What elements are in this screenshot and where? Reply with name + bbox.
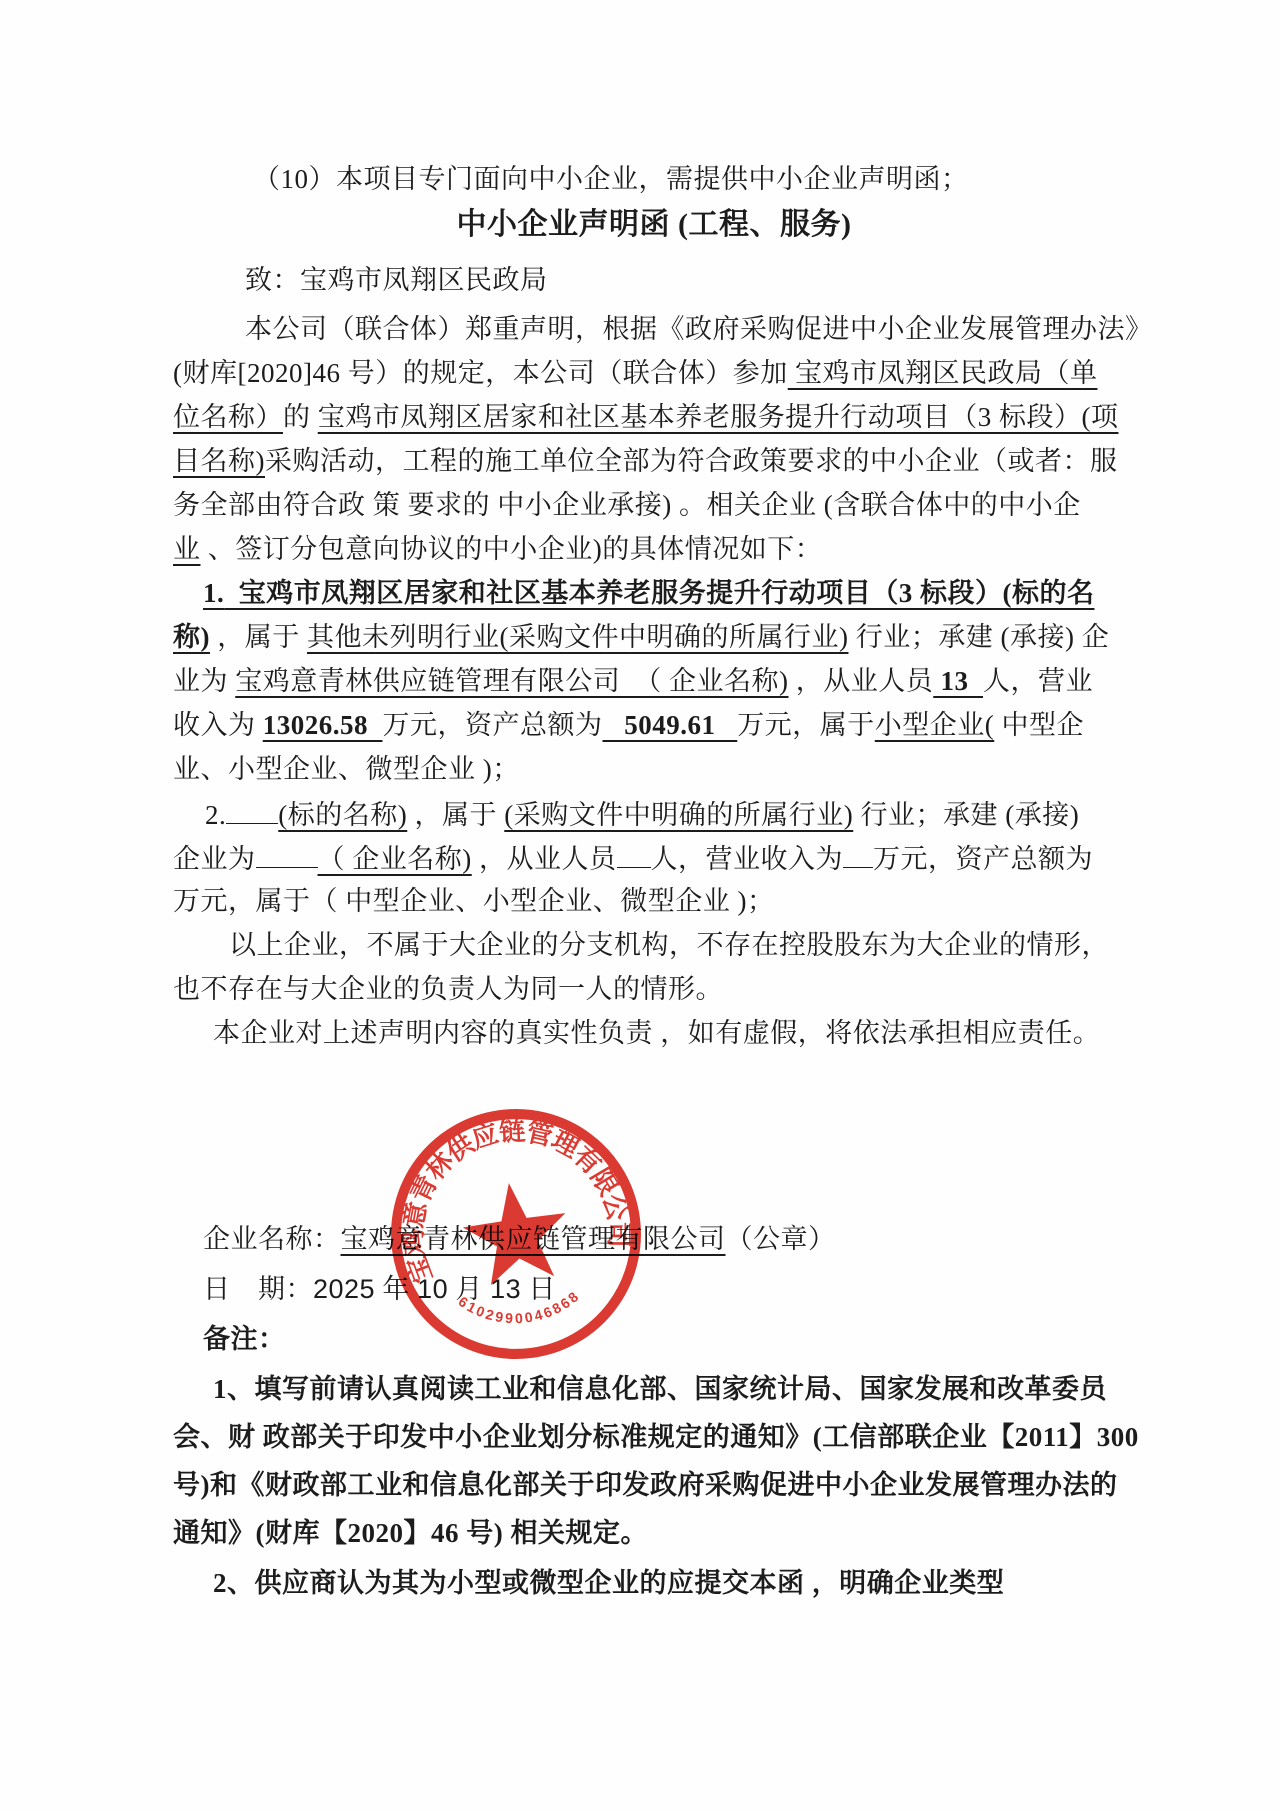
text-segment: ，属于 (407, 800, 504, 830)
text-segment: 的 (283, 402, 318, 432)
text-segment: 日 期： (203, 1274, 313, 1304)
text-segment: 其他未列明行业(采购文件中明确的所属行业) (307, 622, 848, 652)
text-segment: 位名称） (173, 402, 283, 432)
text-segment: 人，营业收入为 (651, 844, 844, 874)
blank-fill-field (226, 796, 278, 824)
text-segment: 行业；承建 (承接) 企 (848, 622, 1109, 652)
text-segment: 业、小型企业、微型企业 )； (173, 754, 520, 784)
text-segment: 2025 (313, 1274, 375, 1304)
doc-line-10: 1. 宝鸡市凤翔区居家和社区基本养老服务提升行动项目（3 标段）(标的名 (173, 576, 1165, 610)
seal-code-text: 6102990046868 (454, 1277, 586, 1335)
doc-line-3: 致：宝鸡市凤翔区民政局 (173, 263, 1207, 297)
text-segment: 人，营业 (983, 666, 1093, 696)
text-segment: 号)和《财政部工业和信息化部关于印发政府采购促进中小企业发展管理办法的 (173, 1470, 1118, 1500)
blank-fill-field (843, 840, 873, 868)
text-segment: 万元，资产总额为 (873, 844, 1093, 874)
star-icon (458, 1176, 574, 1288)
doc-line-4: 本公司（联合体）郑重声明，根据《政府采购促进中小企业发展管理办法》 (173, 312, 1207, 346)
doc-line-13: 收入为 13026.58 万元，资产总额为 5049.61 万元，属于小型企业(… (173, 708, 1135, 742)
text-segment: 会、财 政部关于印发中小企业划分标准规定的通知》(工信部联企业【2011】300 (173, 1422, 1139, 1452)
doc-line-26: 号)和《财政部工业和信息化部关于印发政府采购促进中小企业发展管理办法的 (173, 1468, 1135, 1502)
text-segment: 行业；承建 (承接) (853, 800, 1079, 830)
text-segment: 宝鸡市凤翔区居家和社区基本养老服务提升行动项目（3 标段）(项 (318, 402, 1119, 432)
text-segment: (标的名称) (278, 800, 407, 830)
text-segment: 1、填写前请认真阅读工业和信息化部、国家统计局、国家发展和改革委员 (213, 1374, 1107, 1404)
text-segment: 2. (205, 800, 226, 830)
text-segment: (采购文件中明确的所属行业) (504, 800, 853, 830)
text-segment: ，从业人员 (789, 666, 934, 696)
text-segment: 收入为 (173, 710, 263, 740)
doc-line-9: 业 、签订分包意向协议的中小企业)的具体情况如下： (173, 532, 1135, 566)
text-segment: 也不存在与大企业的负责人为同一人的情形。 (173, 974, 723, 1004)
text-segment: 万元，资产总额为 (383, 710, 603, 740)
doc-line-27: 通知》(财库【2020】46 号) 相关规定。 (173, 1516, 1135, 1550)
text-segment: 万元，属于（ 中型企业、小型企业、微型企业 )； (173, 886, 775, 916)
text-segment: 本公司（联合体）郑重声明，根据《政府采购促进中小企业发展管理办法》 (245, 314, 1153, 344)
doc-line-7: 目名称)采购活动，工程的施工单位全部为符合政策要求的中小企业（或者：服 (173, 444, 1135, 478)
text-segment: 企业为 (173, 844, 256, 874)
text-segment: （ 企业名称) (318, 844, 472, 874)
text-segment: (财库[2020]46 号）的规定，本公司（联合体）参加 (173, 358, 788, 388)
blank-fill-field (617, 840, 651, 868)
text-segment: （10）本项目专门面向中小企业，需提供中小企业声明函； (253, 164, 969, 194)
company-seal-stamp: 宝鸡意青林供应链管理有限公司 6102990046868 (385, 1103, 647, 1365)
doc-line-6: 位名称）的 宝鸡市凤翔区居家和社区基本养老服务提升行动项目（3 标段）(项 (173, 400, 1135, 434)
text-segment: 1. (203, 578, 224, 608)
doc-line-20: 本企业对上述声明内容的真实性负责 ，如有虚假，将依法承担相应责任。 (173, 1016, 1175, 1050)
text-segment: 中小企业声明函 (工程、服务) (457, 208, 852, 241)
doc-line-24: 1、填写前请认真阅读工业和信息化部、国家统计局、国家发展和改革委员 (173, 1372, 1175, 1406)
text-segment: 宝鸡市凤翔区居家和社区基本养老服务提升行动项目（3 标段）(标的名 (224, 578, 1094, 608)
doc-line-18: 以上企业，不属于大企业的分支机构，不存在控股股东为大企业的情形， (173, 928, 1191, 962)
doc-line-19: 也不存在与大企业的负责人为同一人的情形。 (173, 972, 1135, 1006)
text-segment: 致：宝鸡市凤翔区民政局 (245, 265, 548, 295)
text-segment: 宝鸡意青林供应链管理有限公司 （ 企业名称) (235, 666, 788, 696)
text-segment: 业 (173, 534, 201, 564)
text-segment: 13 (933, 666, 983, 696)
doc-line-17: 万元，属于（ 中型企业、小型企业、微型企业 )； (173, 884, 1135, 918)
doc-line-23: 备注： (173, 1322, 1165, 1356)
text-segment: ，从业人员 (472, 844, 617, 874)
text-segment: 通知》(财库【2020】46 号) 相关规定。 (173, 1518, 648, 1548)
doc-line-22: 日 期：2025 年 10 月 13 日 (173, 1272, 1165, 1306)
doc-line-5: (财库[2020]46 号）的规定，本公司（联合体）参加 宝鸡市凤翔区民政局（单 (173, 356, 1135, 390)
text-segment: 称) (173, 622, 210, 652)
text-segment: 万元，属于 (737, 710, 875, 740)
document-page: （10）本项目专门面向中小企业，需提供中小企业声明函；中小企业声明函 (工程、服… (0, 0, 1280, 1811)
doc-line-16: 企业为（ 企业名称) ，从业人员人，营业收入为万元，资产总额为 (173, 840, 1135, 876)
text-segment: 以上企业，不属于大企业的分支机构，不存在控股股东为大企业的情形， (229, 930, 1109, 960)
doc-line-14: 业、小型企业、微型企业 )； (173, 752, 1135, 786)
doc-line-12: 业为 宝鸡意青林供应链管理有限公司 （ 企业名称) ，从业人员 13 人，营业 (173, 664, 1135, 698)
doc-line-28: 2、供应商认为其为小型或微型企业的应提交本函 ，明确企业类型 (173, 1566, 1175, 1600)
text-segment: 务全部由符合政 策 要求的 中小企业承接) 。相关企业 (含联合体中的中小企 (173, 490, 1081, 520)
text-segment: 中型企 (994, 710, 1084, 740)
text-segment: 企业名称： (203, 1224, 341, 1254)
text-segment: 备注： (203, 1324, 286, 1354)
text-segment: 本企业对上述声明内容的真实性负责 ，如有虚假，将依法承担相应责任。 (213, 1018, 1100, 1048)
text-segment: 、签订分包意向协议的中小企业)的具体情况如下： (201, 534, 823, 564)
doc-line-2: 中小企业声明函 (工程、服务) (173, 208, 1257, 242)
text-segment: （公章） (726, 1224, 836, 1254)
doc-line-11: 称) ，属于 其他未列明行业(采购文件中明确的所属行业) 行业；承建 (承接) … (173, 620, 1135, 654)
text-segment: 采购活动，工程的施工单位全部为符合政策要求的中小企业（或者：服 (265, 446, 1118, 476)
text-segment: 宝鸡市凤翔区民政局（单 (788, 358, 1098, 388)
doc-line-8: 务全部由符合政 策 要求的 中小企业承接) 。相关企业 (含联合体中的中小企 (173, 488, 1135, 522)
text-segment: 2、供应商认为其为小型或微型企业的应提交本函 ，明确企业类型 (213, 1568, 1004, 1598)
text-segment: 13026.58 (263, 710, 383, 740)
doc-line-21: 企业名称：宝鸡意青林供应链管理有限公司（公章） (173, 1222, 1165, 1256)
doc-line-15: 2.(标的名称) ，属于 (采购文件中明确的所属行业) 行业；承建 (承接) (173, 796, 1167, 832)
blank-fill-field (256, 840, 318, 868)
text-segment: 目名称) (173, 446, 265, 476)
text-segment: ，属于 (210, 622, 307, 652)
text-segment: 小型企业( (875, 710, 995, 740)
doc-line-25: 会、财 政部关于印发中小企业划分标准规定的通知》(工信部联企业【2011】300 (173, 1420, 1135, 1454)
doc-line-1: （10）本项目专门面向中小企业，需提供中小企业声明函； (173, 162, 1215, 196)
text-segment: 5049.61 (603, 710, 738, 740)
text-segment: 业为 (173, 666, 235, 696)
